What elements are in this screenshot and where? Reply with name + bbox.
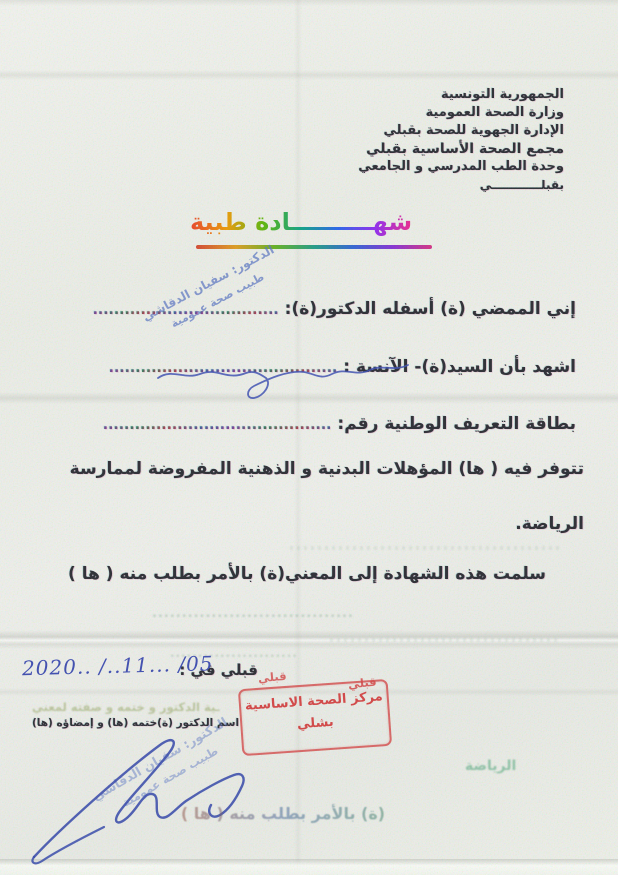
letterhead-line-city: بقبلــــــــــــي bbox=[324, 176, 564, 194]
fold-crease-top bbox=[0, 70, 618, 80]
handwritten-date: 2020.. /..11... /05 bbox=[22, 652, 193, 680]
bleed-smudge bbox=[290, 546, 560, 550]
letterhead-line-school-medicine: وحدة الطب المدرسي و الجامعي bbox=[324, 158, 564, 176]
red-stamp-word-kebili: قبلي bbox=[257, 669, 287, 685]
line-undersigned-doctor-label: إني الممضي (ة) أسفله الدكتور(ة): bbox=[285, 299, 576, 319]
line-qualifications: تتوفر فيه ( ها) المؤهلات البدنية و الذهن… bbox=[70, 459, 584, 479]
letterhead-line-health-group: مجمع الصحة الأساسية بقبلي bbox=[324, 140, 564, 158]
line-national-id: بطاقة التعريف الوطنية رقم: .............… bbox=[103, 414, 576, 434]
dotted-field-id-number: ........................................… bbox=[103, 417, 332, 433]
line-undersigned-doctor: إني الممضي (ة) أسفله الدكتور(ة): .......… bbox=[93, 299, 576, 319]
bleed-text-bottom: (ة) بالأمر بطلب منه ( ها ) bbox=[48, 804, 518, 823]
doctor-signature bbox=[20, 731, 260, 873]
line-sport: الرياضة. bbox=[515, 514, 584, 534]
doctor-stamp-upper: الدكتور: سفيان الدقاشي طبيب صحة عمومية bbox=[129, 234, 298, 349]
health-center-stamp: مركز الصحة الاساسية بشلي bbox=[238, 679, 392, 756]
scanned-medical-certificate: الجمهورية التونسية وزارة الصحة العمومية … bbox=[0, 0, 618, 875]
letterhead-line-ministry: وزارة الصحة العمومية bbox=[324, 104, 564, 122]
letterhead: الجمهورية التونسية وزارة الصحة العمومية … bbox=[324, 86, 564, 194]
bleed-text-sport: الرياضة bbox=[465, 758, 516, 774]
bleed-text-line: ـية الدكتور و ختمه و صفته لمعني bbox=[32, 700, 220, 714]
line-delivered: سلمت هذه الشهادة إلى المعني(ة) بالأمر بط… bbox=[68, 564, 546, 584]
scan-edge-top bbox=[0, 0, 618, 6]
dotted-field-doctor-name: ................................... bbox=[93, 302, 279, 318]
letterhead-line-regional-admin: الإدارة الجهوية للصحة بقبلي bbox=[324, 122, 564, 140]
bleed-smudge bbox=[330, 638, 560, 642]
document-title: شهــــــــــادة طبية bbox=[190, 208, 412, 236]
bleed-dotted-row: .................................. bbox=[152, 606, 354, 621]
letterhead-line-republic: الجمهورية التونسية bbox=[324, 86, 564, 104]
handwritten-name-scribble bbox=[150, 348, 430, 404]
line-national-id-label: بطاقة التعريف الوطنية رقم: bbox=[337, 414, 576, 434]
title-rainbow-underline bbox=[196, 245, 432, 249]
